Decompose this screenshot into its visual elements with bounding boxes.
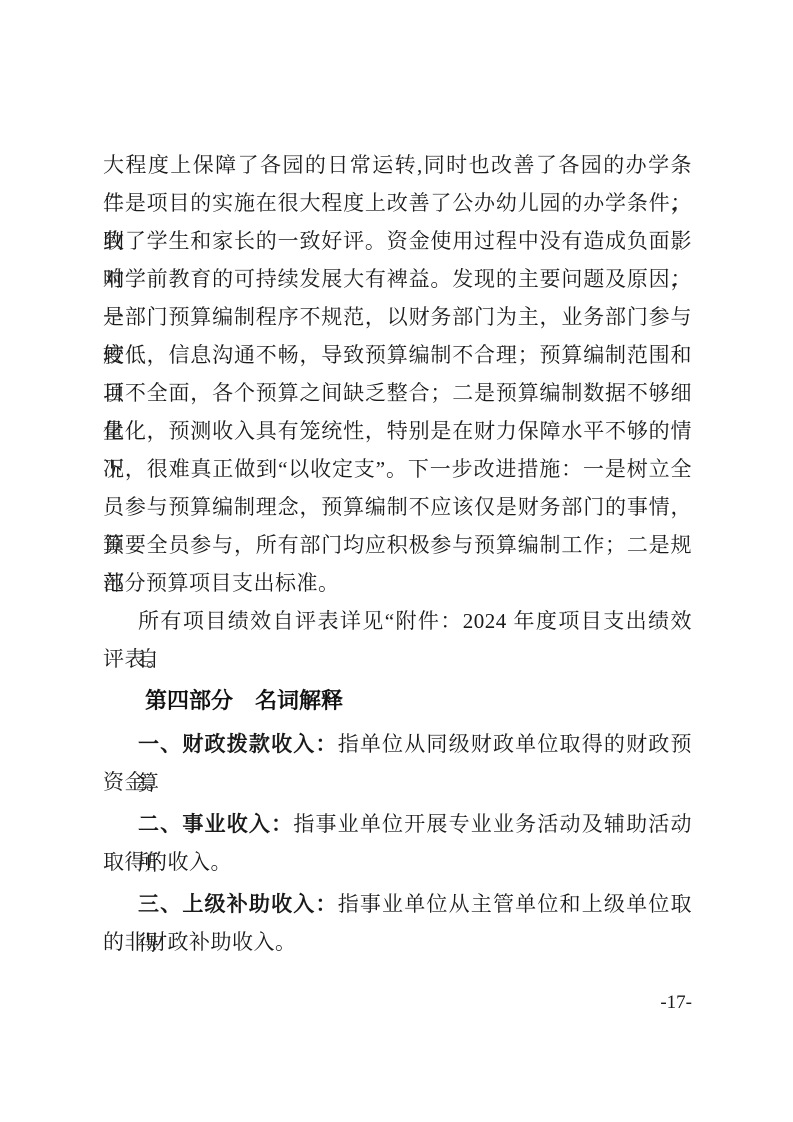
text-line: 员参与预算编制理念，预算编制不应该仅是财务部门的事情，预	[103, 488, 692, 526]
definition-item: 二、事业收入：指事业单位开展专业业务活动及辅助活动所取得的收入。	[103, 805, 692, 881]
text-line: 三、上级补助收入：指事业单位从主管单位和上级单位取得	[103, 885, 692, 923]
text-line: 算要全员参与，所有部门均应积极参与预算编制工作；二是规范	[103, 526, 692, 564]
definition-term: 三、上级补助收入：	[138, 893, 338, 916]
text-line: 一、财政拨款收入：指单位从同级财政单位取得的财政预算	[103, 725, 692, 763]
text-line: 的非财政补助收入。	[103, 923, 692, 961]
page-number: -17-	[660, 990, 692, 1016]
text-line: 到了学生和家长的一致好评。资金使用过程中没有造成负面影响，	[103, 222, 692, 260]
paragraph: 大程度上保障了各园的日常运转,同时也改善了各园的办学条件；二是项目的实施在很大程…	[103, 146, 692, 602]
text-line: 部分预算项目支出标准。	[103, 564, 692, 602]
paragraph: 所有项目绩效自评表详见“附件：2024 年度项目支出绩效自评表。	[103, 602, 692, 678]
definition-item: 一、财政拨款收入：指单位从同级财政单位取得的财政预算资金。	[103, 725, 692, 801]
definition-term: 一、财政拨款收入：	[138, 733, 338, 756]
text-line: 大程度上保障了各园的日常运转,同时也改善了各园的办学条件；	[103, 146, 692, 184]
section-heading: 第四部分 名词解释	[103, 681, 692, 721]
text-line: 二是项目的实施在很大程度上改善了公办幼儿园的办学条件，收	[103, 184, 692, 222]
text-line: 二、事业收入：指事业单位开展专业业务活动及辅助活动所	[103, 805, 692, 843]
text-line: 是部门预算编制程序不规范，以财务部门为主，业务部门参与度	[103, 298, 692, 336]
definition-term: 二、事业收入：	[138, 813, 293, 836]
text-line: 下，很难真正做到“以收定支”。下一步改进措施：一是树立全	[103, 450, 692, 488]
text-line: 取得的收入。	[103, 843, 692, 881]
definition-item: 三、上级补助收入：指事业单位从主管单位和上级单位取得的非财政补助收入。	[103, 885, 692, 961]
text-line: 资金。	[103, 763, 692, 801]
text-line: 量化，预测收入具有笼统性，特别是在财力保障水平不够的情况	[103, 412, 692, 450]
text-line: 所有项目绩效自评表详见“附件：2024 年度项目支出绩效自	[103, 602, 692, 640]
text-line: 评表。	[103, 640, 692, 678]
text-line: 较低，信息沟通不畅，导致预算编制不合理；预算编制范围和项	[103, 336, 692, 374]
document-page: 大程度上保障了各园的日常运转,同时也改善了各园的办学条件；二是项目的实施在很大程…	[0, 0, 793, 1122]
text-line: 目不全面，各个预算之间缺乏整合；二是预算编制数据不够细化	[103, 374, 692, 412]
document-body: 大程度上保障了各园的日常运转,同时也改善了各园的办学条件；二是项目的实施在很大程…	[103, 146, 692, 961]
text-line: 对学前教育的可持续发展大有裨益。发现的主要问题及原因：一	[103, 260, 692, 298]
